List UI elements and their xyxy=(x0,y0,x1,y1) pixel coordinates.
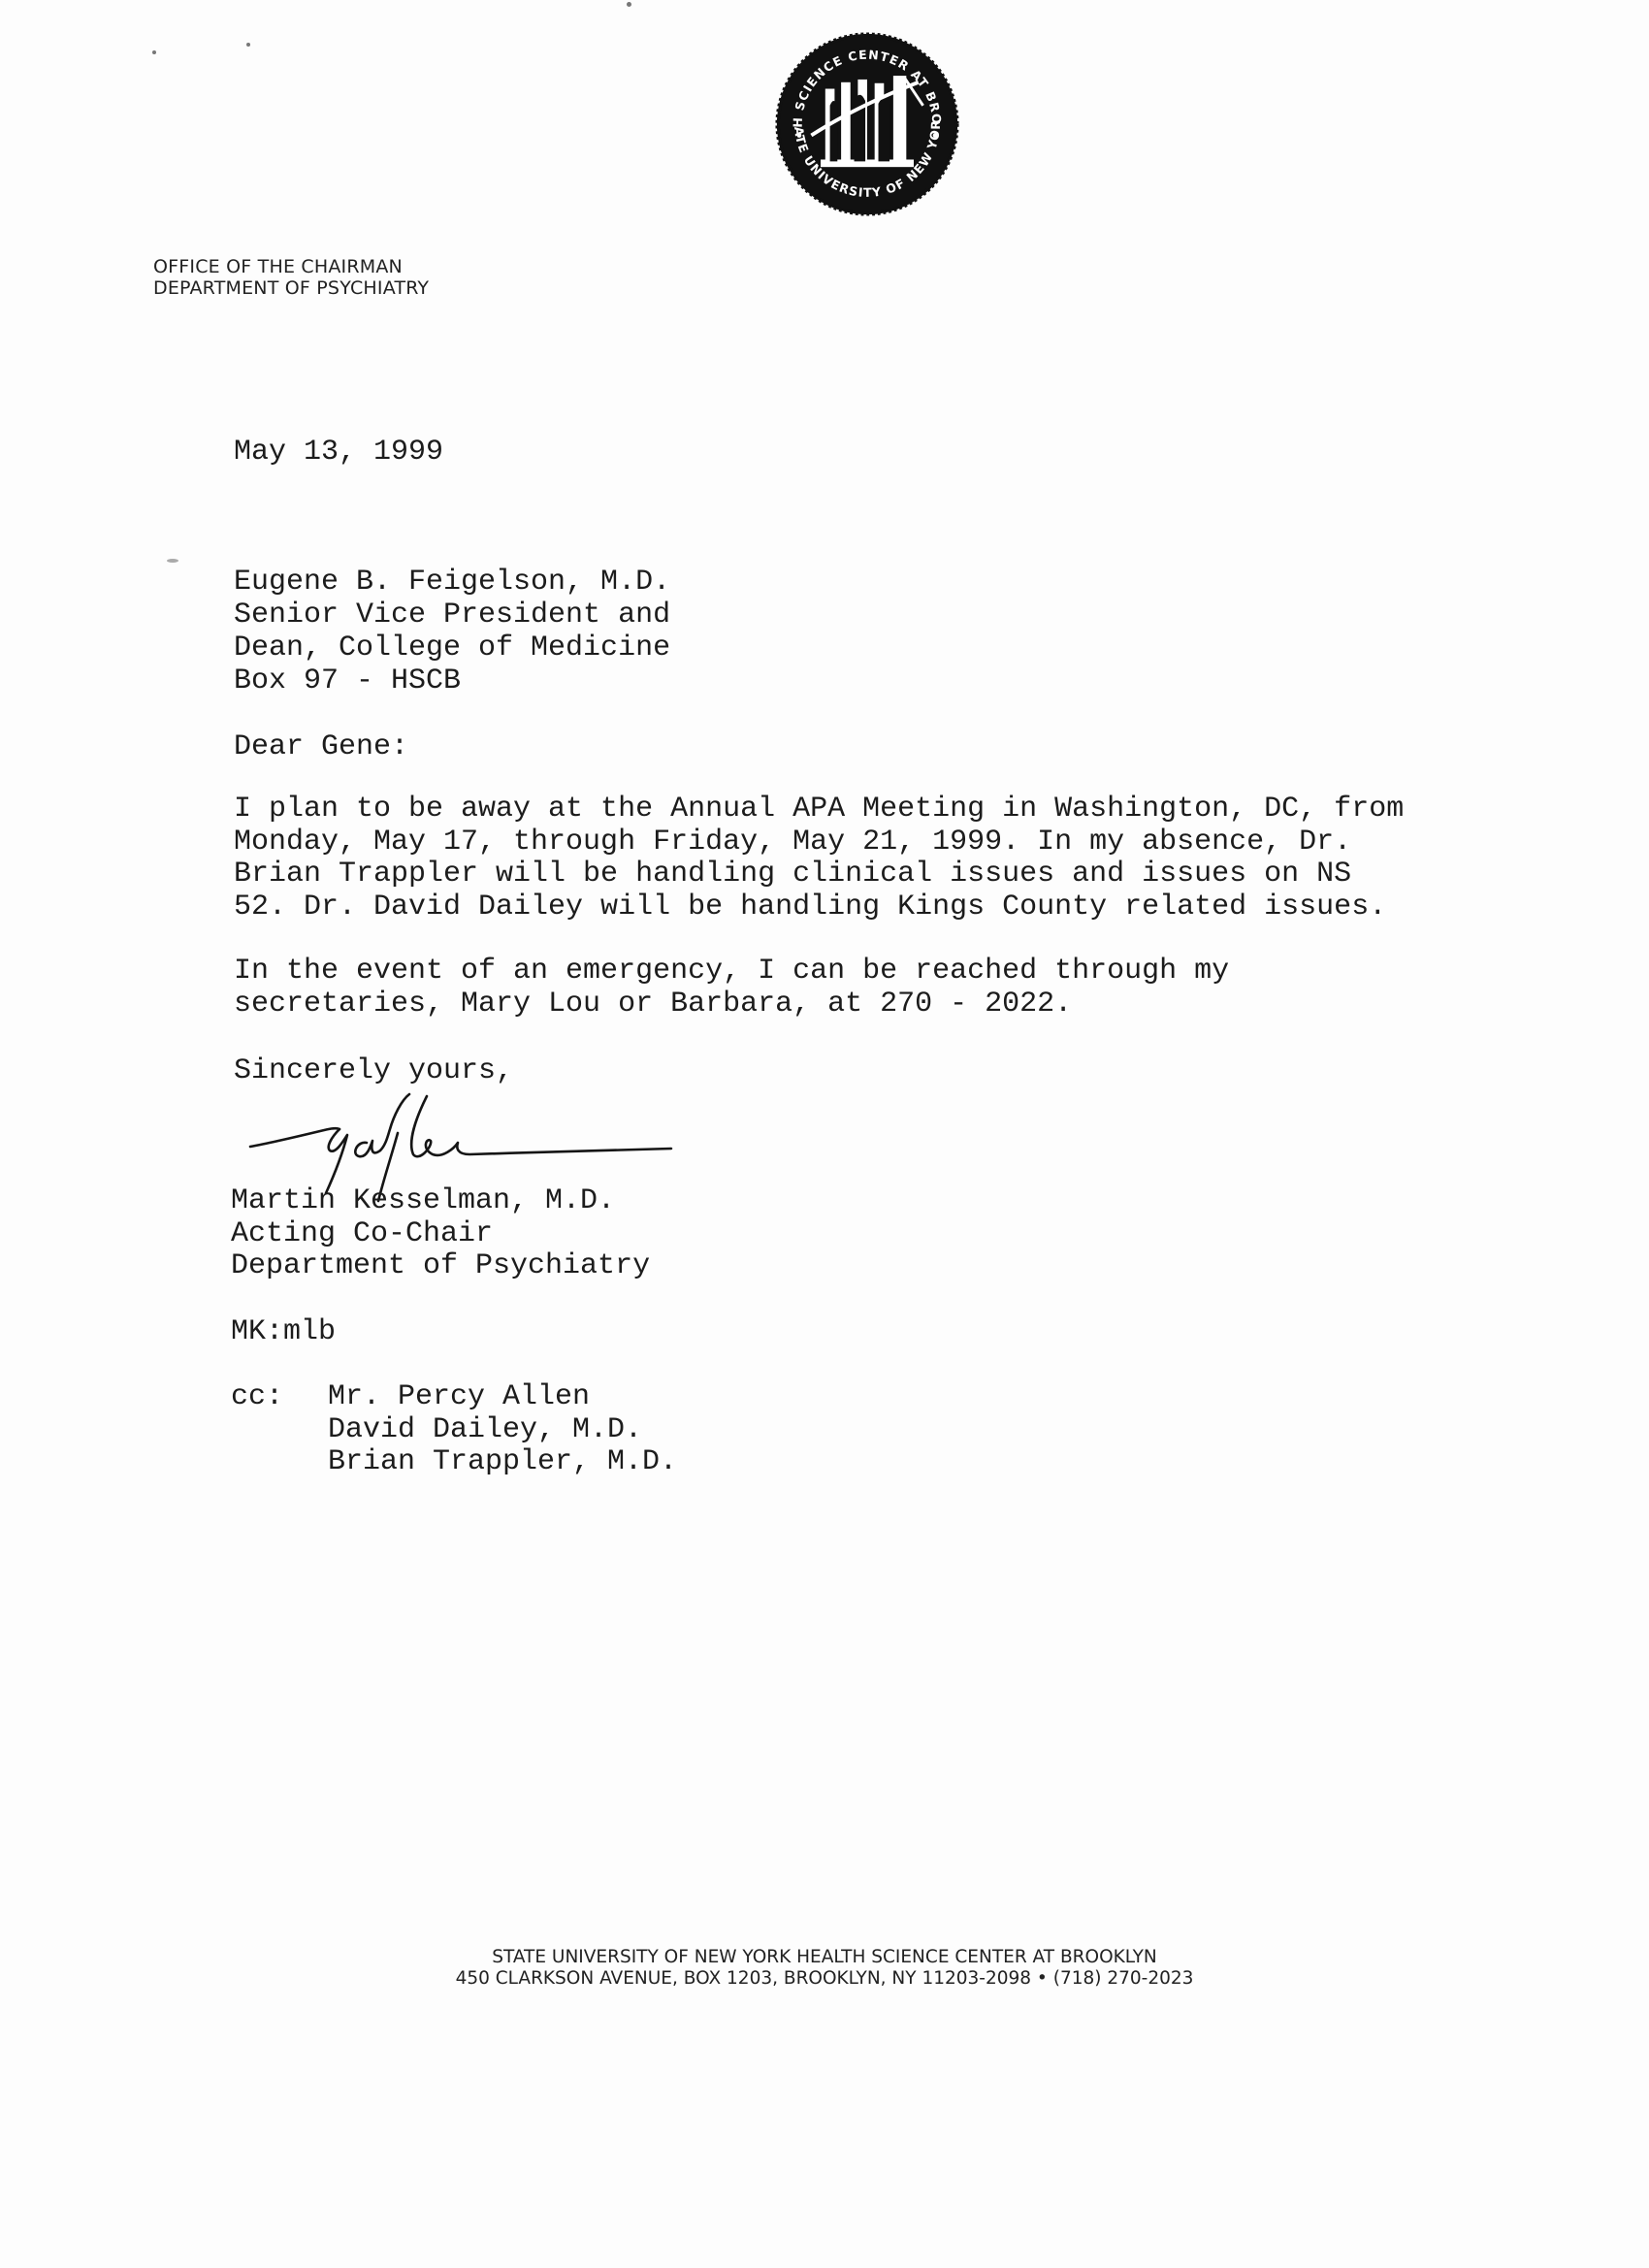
paragraph-line: In the event of an emergency, I can be r… xyxy=(234,956,1510,988)
recipient-title-2: Dean, College of Medicine xyxy=(234,632,670,664)
body-paragraph-2: In the event of an emergency, I can be r… xyxy=(234,956,1510,1021)
signer-block: Martin Kesselman, M.D. Acting Co-Chair D… xyxy=(231,1185,650,1283)
letter-date: May 13, 1999 xyxy=(234,436,443,469)
scan-speck xyxy=(167,559,178,563)
recipient-address: Eugene B. Feigelson, M.D. Senior Vice Pr… xyxy=(234,566,670,697)
office-heading: OFFICE OF THE CHAIRMAN DEPARTMENT OF PSY… xyxy=(153,256,429,299)
footer-institution: STATE UNIVERSITY OF NEW YORK HEALTH SCIE… xyxy=(0,1947,1649,1968)
letterhead-footer: STATE UNIVERSITY OF NEW YORK HEALTH SCIE… xyxy=(0,1947,1649,1990)
signer-title: Acting Co-Chair xyxy=(231,1218,650,1251)
cc-list: Mr. Percy Allen David Dailey, M.D. Brian… xyxy=(328,1381,677,1479)
paragraph-line: secretaries, Mary Lou or Barbara, at 270… xyxy=(234,988,1510,1021)
paragraph-line: I plan to be away at the Annual APA Meet… xyxy=(234,794,1510,826)
cc-label: cc: xyxy=(231,1381,328,1479)
paragraph-line: Brian Trappler will be handling clinical… xyxy=(234,859,1510,891)
signer-name: Martin Kesselman, M.D. xyxy=(231,1185,650,1218)
university-seal-icon: HEALTH SCIENCE CENTER AT BROOKLYN STATE … xyxy=(774,31,960,217)
cc-recipient: Mr. Percy Allen xyxy=(328,1381,677,1414)
paragraph-line: 52. Dr. David Dailey will be handling Ki… xyxy=(234,891,1510,924)
recipient-name: Eugene B. Feigelson, M.D. xyxy=(234,566,670,599)
scan-speck xyxy=(152,50,156,54)
recipient-box: Box 97 - HSCB xyxy=(234,664,670,697)
closing: Sincerely yours, xyxy=(234,1054,513,1087)
office-line: OFFICE OF THE CHAIRMAN xyxy=(153,256,429,277)
cc-block: cc: Mr. Percy Allen David Dailey, M.D. B… xyxy=(231,1381,677,1479)
scan-speck xyxy=(627,2,631,7)
signer-department: Department of Psychiatry xyxy=(231,1250,650,1283)
recipient-title: Senior Vice President and xyxy=(234,599,670,632)
body-paragraph-1: I plan to be away at the Annual APA Meet… xyxy=(234,794,1510,923)
cc-recipient: Brian Trappler, M.D. xyxy=(328,1446,677,1479)
footer-address: 450 CLARKSON AVENUE, BOX 1203, BROOKLYN,… xyxy=(0,1968,1649,1990)
salutation: Dear Gene: xyxy=(234,730,408,763)
paragraph-line: Monday, May 17, through Friday, May 21, … xyxy=(234,826,1510,859)
cc-recipient: David Dailey, M.D. xyxy=(328,1414,677,1447)
scan-speck xyxy=(246,43,250,47)
letter-page: HEALTH SCIENCE CENTER AT BROOKLYN STATE … xyxy=(0,0,1649,2268)
department-line: DEPARTMENT OF PSYCHIATRY xyxy=(153,277,429,299)
reference-initials: MK:mlb xyxy=(231,1315,336,1348)
